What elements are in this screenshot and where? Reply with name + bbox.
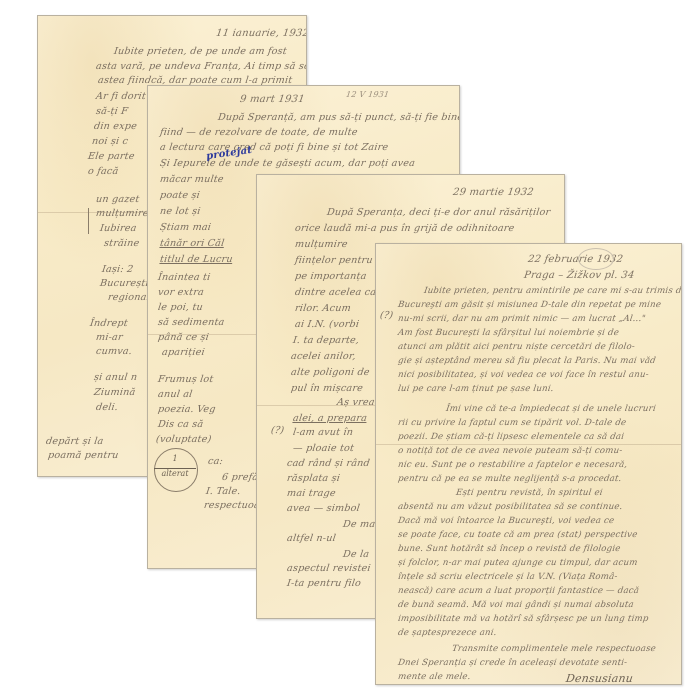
letter-line: Dnei Speranția și crede în aceleași devo… [397, 658, 628, 668]
letter-line: De la [342, 549, 370, 560]
letter-line: dintre acelea care [294, 287, 387, 298]
letter-line: noi și c [91, 136, 129, 147]
letter-line: Înaintea ti [157, 272, 211, 283]
sender-address: Praga – Žižkov pl. 34 [523, 270, 635, 281]
letter-line: ca: [207, 456, 223, 467]
letter-line: cumva. [95, 346, 133, 357]
letter-line: imposibilitate mă va hotărî să sfârșesc … [397, 614, 649, 624]
letter-line: orice laudă mi-a pus în grijă de odihnit… [294, 223, 515, 234]
letter-line: alte poligoni de [290, 367, 370, 378]
letter-line: nu-mi scrii, dar nu am primit nimic — am… [397, 314, 646, 324]
letter-line: Ești pentru revistă, în spiritul ei [455, 488, 603, 498]
margin-bar [88, 208, 89, 234]
letter-line: le poi, tu [157, 302, 203, 313]
letter-line: (voluptate) [155, 434, 212, 445]
letter-line: să-ți F [95, 106, 128, 117]
letter-line: poamă pentru [47, 450, 119, 461]
letter-line: mulțumire [294, 239, 348, 250]
letter-line: mulțumire [95, 208, 149, 219]
letter-line: Ele parte [87, 151, 135, 162]
letter-date: 29 martie 1932 [452, 187, 534, 198]
letter-line: mi-ar [95, 332, 123, 343]
letter-line: nici posibilitatea, și voi vedea ce voi … [397, 370, 649, 380]
signature: Densusianu [565, 672, 634, 685]
letter-line: se poate face, cu toate că am prea (stat… [397, 530, 638, 540]
date-circle-mark [578, 248, 614, 270]
letter-line: nească) care acum a luat proporții fanta… [397, 586, 639, 596]
letter-line: de bună seamă. Mă voi mai gândi și numai… [397, 600, 634, 610]
letter-line: a lectura care cred că poți fi bine și t… [159, 142, 389, 153]
letter-line: un gazet [95, 194, 140, 205]
letter-line: Știam mai [159, 222, 212, 233]
letter-line: pul în mișcare [290, 383, 364, 394]
letter-date: 11 ianuarie, 1932 [215, 28, 307, 39]
letter-line: lui pe care l-am ținut pe șase luni. [397, 384, 554, 394]
letter-line: Ar fi dorit [95, 91, 146, 102]
letter-line: Dis ca să [157, 419, 204, 430]
letter-line: nic eu. Sunt pe o restabilire a faptelor… [397, 460, 628, 470]
letter-line: După Speranța, deci ți-e dor anul răsări… [326, 207, 551, 218]
letter-line: aspectul revistei [286, 563, 371, 574]
letter-line: cad rând și rând [286, 458, 370, 469]
letter-line: de șaptesprezece ani. [397, 628, 497, 638]
letter-line: După Speranță, am pus să-ți punct, să-ți… [217, 112, 460, 123]
letter-line: avea — simbol [286, 503, 360, 514]
letter-line: I. Tale. [205, 486, 241, 497]
letter-line: poezii. De știam că-ți lipsesc elementel… [397, 432, 625, 442]
letter-line: o notiță tot de ce avea nevoie puteam să… [397, 446, 623, 456]
letter-line: Iubite prieten, de pe unde am fost [113, 46, 287, 57]
letter-line: bune. Sunt hotărât să încep o revistă de… [397, 544, 621, 554]
letter-line: poezia. Veg [157, 404, 216, 415]
letter-line: pentru că pe ea se multe neglijență s-a … [397, 474, 622, 484]
letter-line: pe importanța [294, 271, 367, 282]
letter-line: Iași: 2 [101, 264, 134, 275]
archive-mark: 12 V 1931 [345, 90, 389, 99]
letter-line: străine [103, 238, 140, 249]
letter-line: Ziumină [93, 387, 136, 398]
letter-line: — ploaie tot [292, 443, 355, 454]
letter-line: I. ta departe, [292, 335, 360, 346]
letter-line: înțele să scriu electricele și la V.N. (… [397, 572, 618, 582]
letter-line: anul al [157, 389, 193, 400]
letter-line: tânăr ori Căl [159, 238, 225, 249]
letter-line: atunci am plătit aici pentru niște cerce… [397, 342, 635, 352]
letter-line: vor extra [157, 287, 204, 298]
letter-line: acelei anilor, [290, 351, 356, 362]
letter-line: rilor. Acum [294, 303, 351, 314]
letter-line: ne lot și [159, 206, 201, 217]
letter-line: Aș vrea [336, 397, 375, 408]
letter-line: deli. [95, 402, 119, 413]
letter-line: Frumuș lot [157, 374, 214, 385]
circled-note-denominator: alterat [154, 468, 196, 478]
letter-line: răsplata și [286, 473, 341, 484]
letter-line: mai trage [286, 488, 336, 499]
letter-page-4: 22 februarie 1932 Praga – Žižkov pl. 34 … [375, 243, 682, 685]
letter-line: titlul de Lucru [159, 254, 233, 265]
letter-line: din expe [93, 121, 137, 132]
letter-line: depărt și la [45, 436, 104, 447]
letter-line: Iubite prieten, pentru amintirile pe car… [423, 286, 682, 296]
letter-line: Transmite complimentele mele respectuoas… [451, 644, 656, 654]
letter-date: 9 mart 1931 [239, 94, 305, 105]
letter-line: ai I.N. (vorbi [294, 319, 360, 330]
letter-line: gie și așteptând mereu să fiu plecat la … [397, 356, 656, 366]
margin-mark: (?) [270, 425, 285, 436]
letter-line: Iubirea [99, 223, 137, 234]
letter-line: De mai [342, 519, 379, 530]
letter-line: Și Iepurele de unde te găsești acum, dar… [159, 158, 416, 169]
letter-line: să sedimenta [157, 317, 225, 328]
letter-line: I-ta pentru filo [286, 578, 362, 589]
letter-line: măcar multe [159, 174, 224, 185]
letter-line: alei, a prepara [292, 413, 368, 424]
letter-line: Dacă mă voi întoarce la Bucureşti, voi v… [397, 516, 615, 526]
letter-line: Bucureștii [99, 278, 153, 289]
circled-note-numerator: 1 [154, 454, 196, 463]
letter-line: Îndrept [89, 318, 128, 329]
letter-line: Îmi vine că te-a împiedecat și de unele … [445, 404, 656, 414]
margin-mark: (?) [379, 310, 394, 321]
letter-line: asta vară, pe undeva Franța, Ai timp să … [95, 61, 307, 72]
letter-line: rii cu privire la faptul cum se tipărit … [397, 418, 627, 428]
letter-line: ființelor pentru [294, 255, 373, 266]
letter-line: fiind — de rezolvare de toate, de multe [159, 127, 358, 138]
fold-line [376, 444, 681, 445]
letter-line: o facă [87, 166, 119, 177]
letter-line: l-am avut în [292, 427, 354, 438]
letter-line: până ce și [157, 332, 209, 343]
letter-line: și anul n [93, 372, 138, 383]
letter-line: absentă nu am văzut posibilitatea să se … [397, 502, 623, 512]
letter-line: poate și [159, 190, 200, 201]
letter-line: Bucureşti am găsit și misiunea D-tale di… [397, 300, 661, 310]
letter-line: mente ale mele. [397, 672, 471, 682]
letter-line: Am fost Bucureşti la sfârșitul lui noiem… [397, 328, 619, 338]
letter-line: altfel n-ul [286, 533, 336, 544]
letter-line: apariției [161, 347, 205, 358]
letter-line: și folclor, n-ar mai putea ajunge cu tim… [397, 558, 638, 568]
